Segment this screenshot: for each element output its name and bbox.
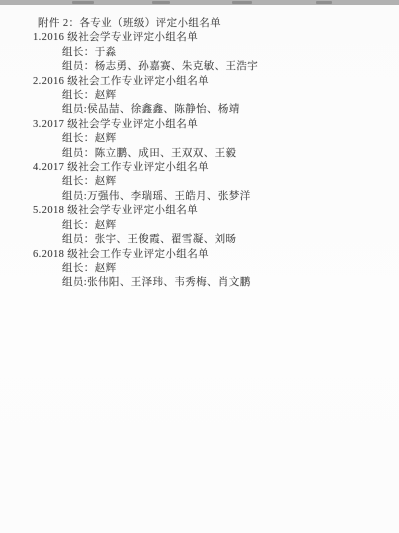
scan-artifact <box>232 1 252 4</box>
members-names: 侯品喆、徐鑫鑫、陈静怡、杨靖 <box>87 104 240 115</box>
leader-line: 组长：赵辉 <box>62 219 399 233</box>
scan-artifact <box>316 1 332 4</box>
scanned-document-page: 附件 2：各专业（班级）评定小组名单 1.2016 级社会学专业评定小组名单 组… <box>0 0 399 533</box>
leader-name: 赵辉 <box>95 176 117 187</box>
leader-label: 组长： <box>62 263 95 274</box>
leader-name: 于淼 <box>95 47 117 58</box>
leader-label: 组长： <box>62 133 95 144</box>
leader-line: 组长：赵辉 <box>62 262 399 276</box>
members-line: 组员：张宇、王俊霞、翟雪凝、刘旸 <box>62 233 399 247</box>
members-line: 组员：陈立鹏、成田、王双双、王毅 <box>62 147 399 161</box>
leader-line: 组长：赵辉 <box>62 132 399 146</box>
section-heading: 6.2018 级社会工作专业评定小组名单 <box>33 248 399 262</box>
leader-line: 组长：赵辉 <box>62 89 399 103</box>
document-body: 附件 2：各专业（班级）评定小组名单 1.2016 级社会学专业评定小组名单 组… <box>0 17 399 291</box>
members-names: 张伟阳、王泽玮、韦秀梅、肖文鹏 <box>87 277 251 288</box>
attachment-title: 附件 2：各专业（班级）评定小组名单 <box>38 17 399 31</box>
leader-line: 组长：于淼 <box>62 46 399 60</box>
leader-label: 组长： <box>62 47 95 58</box>
leader-label: 组长： <box>62 176 95 187</box>
members-label: 组员: <box>62 104 87 115</box>
leader-name: 赵辉 <box>95 90 117 101</box>
members-line: 组员:张伟阳、王泽玮、韦秀梅、肖文鹏 <box>62 276 399 290</box>
members-names: 万强伟、李瑞瑶、王皓月、张梦洋 <box>87 191 251 202</box>
scan-artifact <box>72 1 94 4</box>
members-label: 组员: <box>62 191 87 202</box>
section-heading: 1.2016 级社会学专业评定小组名单 <box>33 31 399 45</box>
section-heading: 2.2016 级社会工作专业评定小组名单 <box>33 75 399 89</box>
leader-line: 组长：赵辉 <box>62 175 399 189</box>
members-line: 组员:侯品喆、徐鑫鑫、陈静怡、杨靖 <box>62 103 399 117</box>
leader-label: 组长： <box>62 90 95 101</box>
leader-name: 赵辉 <box>95 220 117 231</box>
members-line: 组员：杨志勇、孙嘉赛、朱克敏、王浩宇 <box>62 60 399 74</box>
section-heading: 4.2017 级社会工作专业评定小组名单 <box>33 161 399 175</box>
scan-artifact <box>152 1 170 4</box>
members-line: 组员:万强伟、李瑞瑶、王皓月、张梦洋 <box>62 190 399 204</box>
members-names: 陈立鹏、成田、王双双、王毅 <box>95 148 237 159</box>
section-heading: 5.2018 级社会学专业评定小组名单 <box>33 204 399 218</box>
members-names: 杨志勇、孙嘉赛、朱克敏、王浩宇 <box>95 61 259 72</box>
members-label: 组员： <box>62 61 95 72</box>
scanner-edge-band <box>0 0 399 5</box>
leader-label: 组长： <box>62 220 95 231</box>
members-names: 张宇、王俊霞、翟雪凝、刘旸 <box>95 234 237 245</box>
members-label: 组员: <box>62 277 87 288</box>
section-heading: 3.2017 级社会学专业评定小组名单 <box>33 118 399 132</box>
members-label: 组员： <box>62 148 95 159</box>
members-label: 组员： <box>62 234 95 245</box>
leader-name: 赵辉 <box>95 263 117 274</box>
leader-name: 赵辉 <box>95 133 117 144</box>
